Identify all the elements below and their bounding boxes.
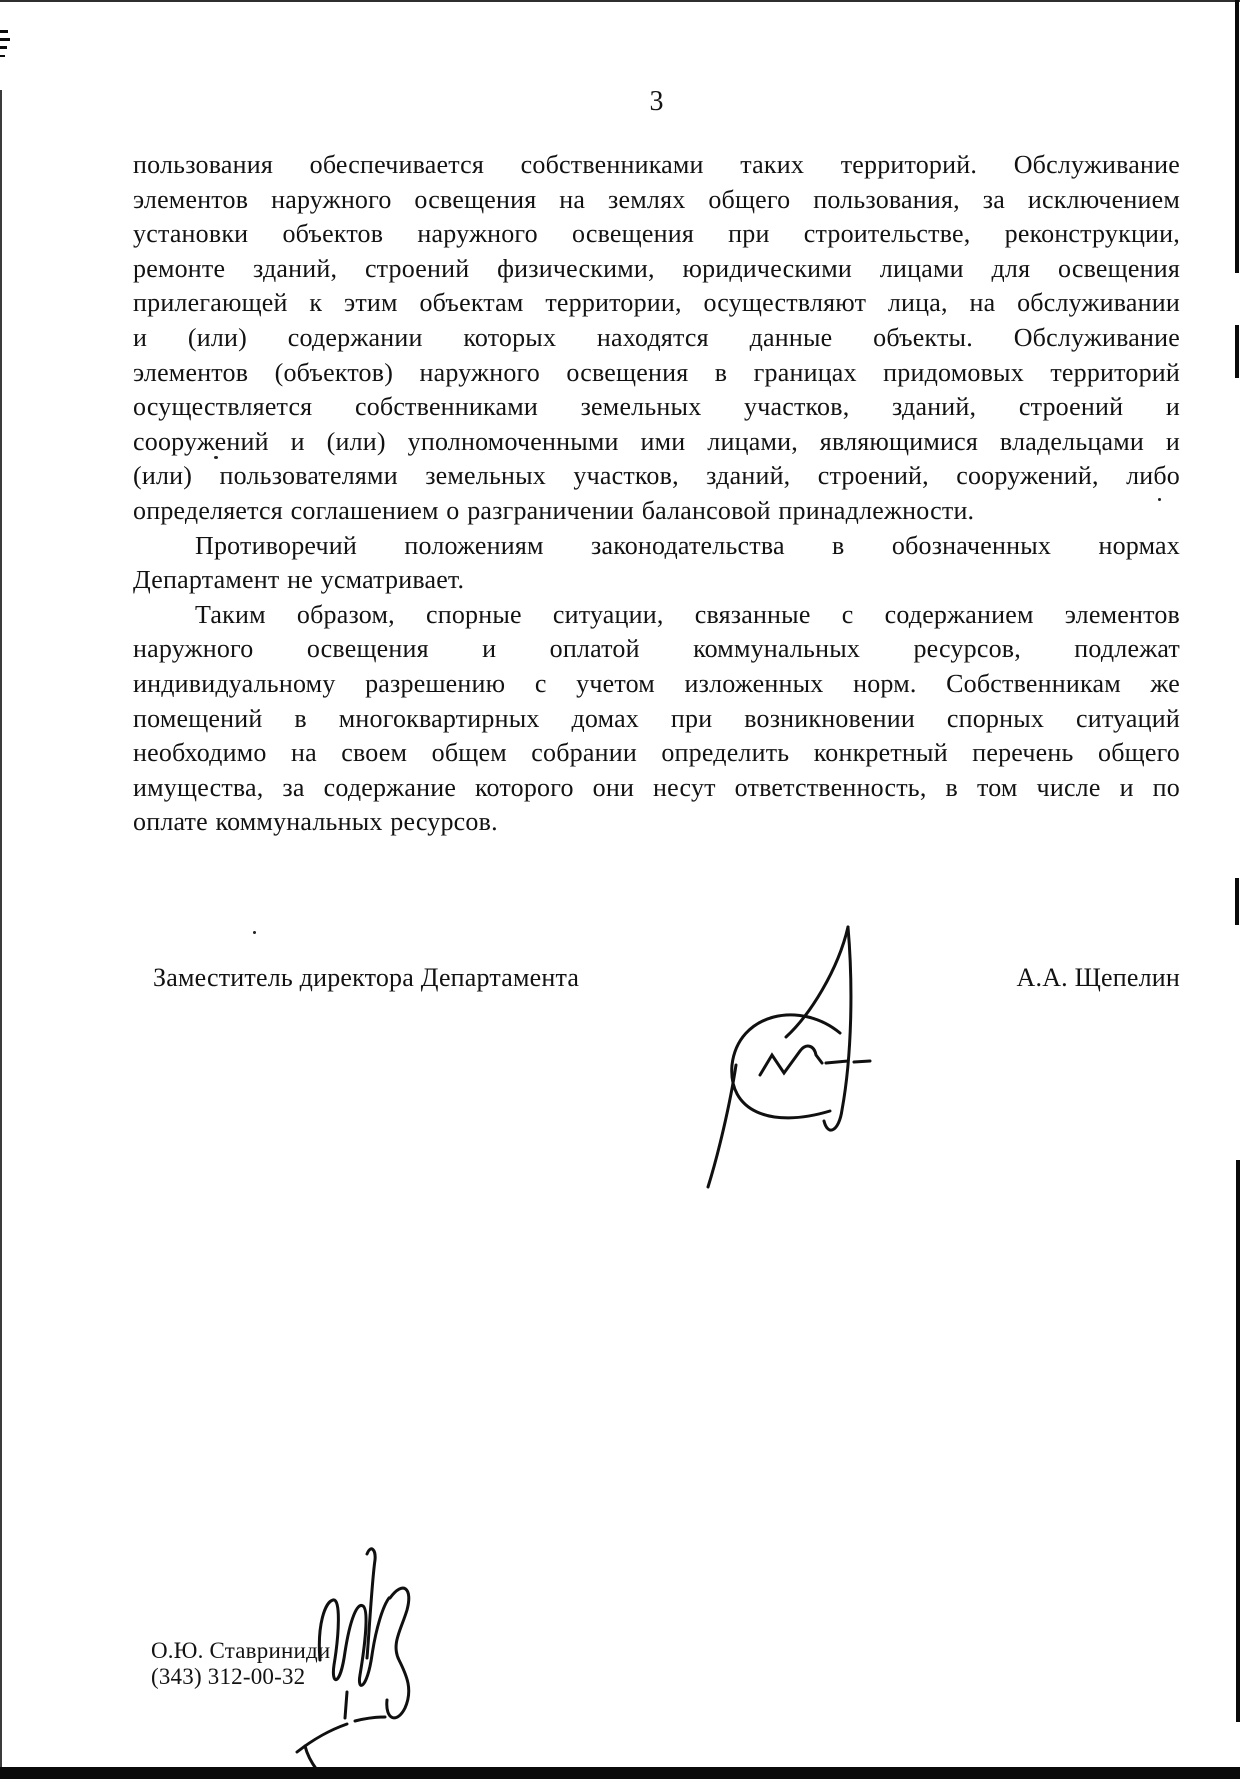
scan-edge-right — [1236, 1160, 1240, 1722]
director-signature — [690, 915, 880, 1195]
page-number: 3 — [133, 86, 1180, 118]
signature-row: Заместитель директора Департамента А.А. … — [153, 963, 1180, 993]
executor-name: О.Ю. Ставриниди — [151, 1638, 330, 1664]
body-line: установки объектов наружного освещения п… — [133, 217, 1180, 252]
body-line: сооружений и (или) уполномоченными ими л… — [133, 425, 1180, 460]
scan-speck — [1158, 498, 1161, 501]
body-line: помещений в многоквартирных домах при во… — [133, 702, 1180, 737]
body-line: и (или) содержании которых находятся дан… — [133, 321, 1180, 356]
scan-mark — [0, 46, 7, 49]
body-line: ремонте зданий, строений физическими, юр… — [133, 252, 1180, 287]
body-line: элементов (объектов) наружного освещения… — [133, 356, 1180, 391]
body-line: определяется соглашением о разграничении… — [133, 494, 1180, 529]
scan-mark — [0, 30, 8, 33]
body-line: элементов наружного освещения на землях … — [133, 183, 1180, 218]
body-line: осуществляется собственниками земельных … — [133, 390, 1180, 425]
body-line: оплате коммунальных ресурсов. — [133, 805, 1180, 840]
executor-block: О.Ю. Ставриниди (343) 312-00-32 — [151, 1638, 330, 1690]
body-line: имущества, за содержание которого они не… — [133, 771, 1180, 806]
body-line: прилегающей к этим объектам территории, … — [133, 286, 1180, 321]
scan-mark — [0, 38, 10, 41]
executor-phone: (343) 312-00-32 — [151, 1664, 330, 1690]
scan-speck — [214, 456, 218, 459]
signer-name: А.А. Щепелин — [1017, 963, 1180, 993]
scan-edge-right — [1235, 325, 1239, 378]
letter-body: пользования обеспечивается собственникам… — [133, 148, 1180, 840]
scan-edge-right — [1235, 0, 1239, 273]
body-line: Противоречий положениям законодательства… — [133, 529, 1180, 564]
scan-edge-top — [0, 0, 1240, 2]
body-line: наружного освещения и оплатой коммунальн… — [133, 632, 1180, 667]
scanned-letter-page: 3 пользования обеспечивается собственник… — [0, 0, 1240, 1779]
signer-title: Заместитель директора Департамента — [153, 963, 579, 993]
body-line: Департамент не усматривает. — [133, 563, 1180, 598]
body-line: пользования обеспечивается собственникам… — [133, 148, 1180, 183]
body-line: индивидуальному разрешению с учетом изло… — [133, 667, 1180, 702]
body-line: Таким образом, спорные ситуации, связанн… — [133, 598, 1180, 633]
body-line: необходимо на своем общем собрании опред… — [133, 736, 1180, 771]
scan-speck — [253, 931, 256, 934]
scan-edge-left — [0, 90, 2, 1768]
scan-edge-right — [1235, 878, 1239, 925]
scan-mark — [0, 55, 5, 57]
body-line: (или) пользователями земельных участков,… — [133, 459, 1180, 494]
scan-edge-bottom — [0, 1767, 1240, 1779]
